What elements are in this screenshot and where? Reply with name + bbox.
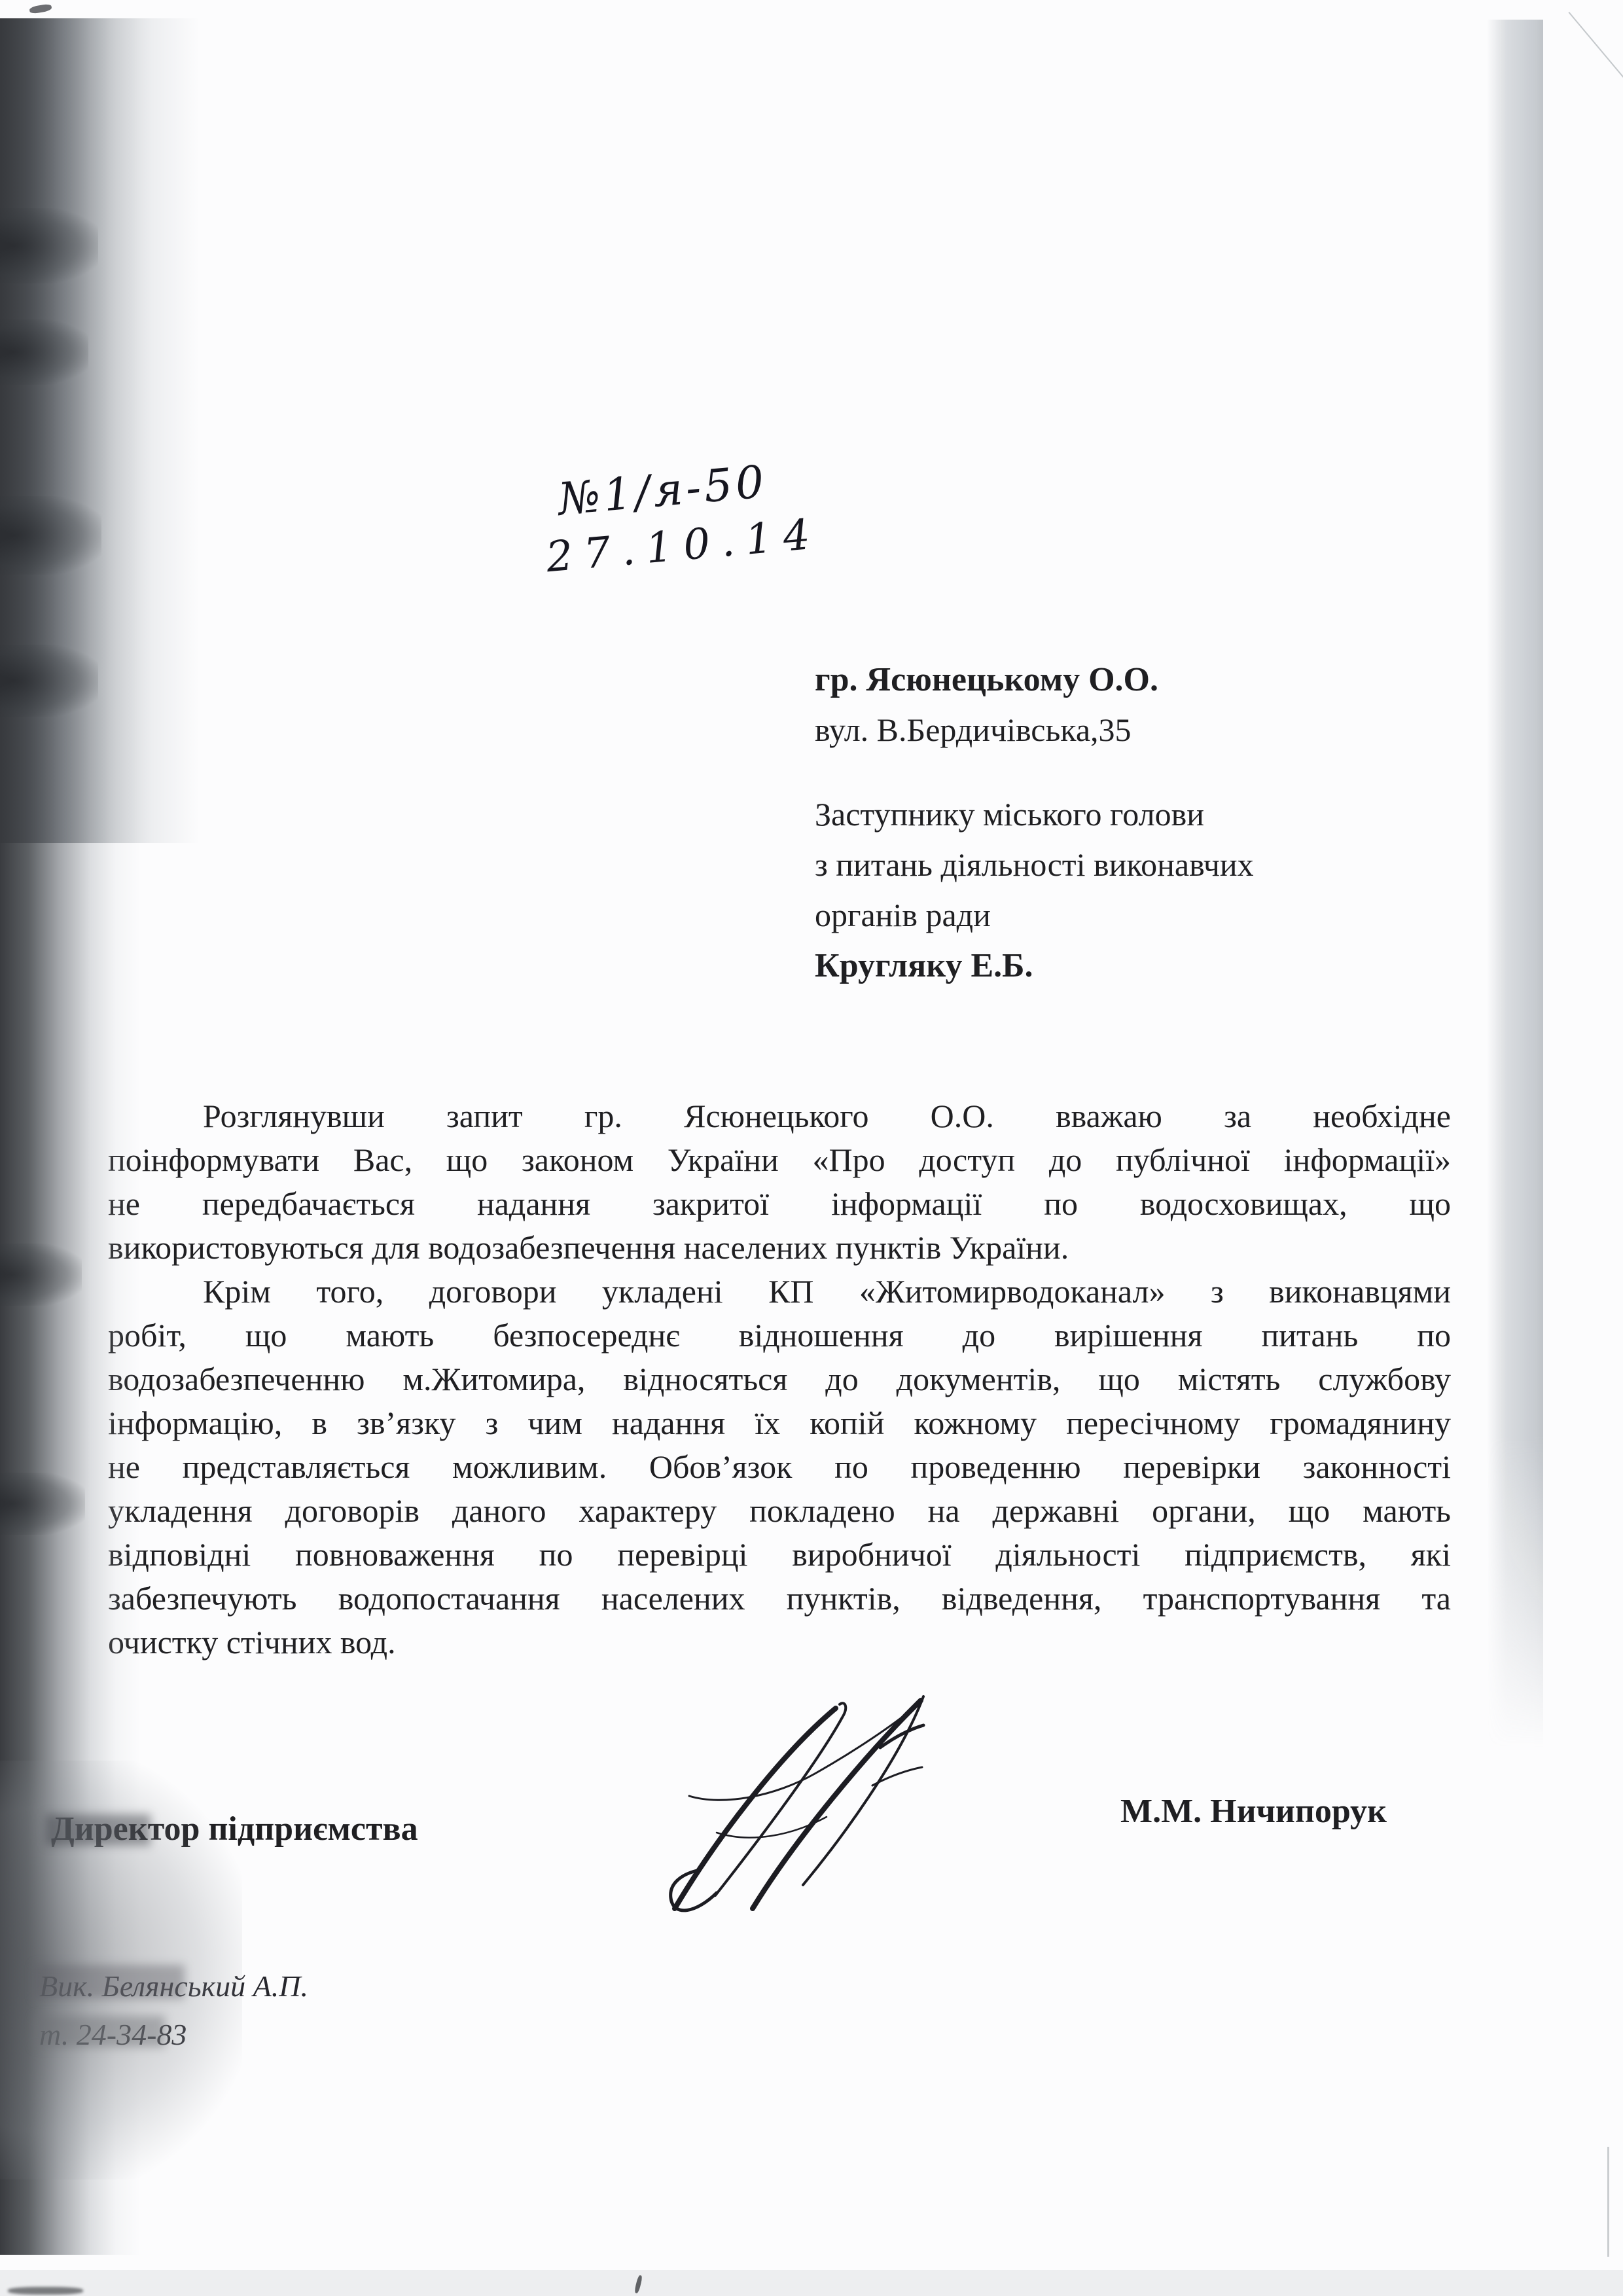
signatory-title: Директор підприємства — [51, 1810, 418, 1848]
executor-block: Вик. Белянський А.П. т. 24-34-83 — [39, 1962, 308, 2059]
signatory-name: М.М. Ничипорук — [1120, 1792, 1387, 1831]
addressee-gap — [815, 755, 1254, 789]
body-line: відповідні повноваження по перевірці вир… — [108, 1533, 1451, 1577]
body-line: використовуються для водозабезпечення на… — [108, 1226, 1451, 1270]
body-line: очистку стічних вод. — [108, 1621, 1451, 1664]
body-line: поінформувати Вас, що законом України «П… — [108, 1138, 1451, 1182]
body-line: забезпечують водопостачання населених пу… — [108, 1577, 1451, 1621]
scanned-letter-page: №1/я-50 27.10.14 гр. Ясюнецькому О.О. ву… — [0, 0, 1623, 2296]
body-line: укладення договорів даного характеру пок… — [108, 1489, 1451, 1533]
executor-phone: т. 24-34-83 — [39, 2011, 308, 2059]
handwritten-signature — [618, 1668, 959, 1943]
letter-body: Розглянувши запит гр. Ясюнецького О.О. в… — [108, 1094, 1451, 1664]
addressee-position-line: Заступнику міського голови — [815, 789, 1254, 840]
body-line: робіт, що мають безпосереднє відношення … — [108, 1314, 1451, 1357]
body-line: не передбачається надання закритої інфор… — [108, 1182, 1451, 1226]
addressee-address: вул. В.Бердичівська,35 — [815, 705, 1254, 755]
body-line: Розглянувши запит гр. Ясюнецького О.О. в… — [108, 1094, 1451, 1138]
addressee-block: гр. Ясюнецькому О.О. вул. В.Бердичівська… — [815, 655, 1254, 991]
addressee-name: гр. Ясюнецькому О.О. — [815, 655, 1254, 705]
addressee-position-line: органів ради — [815, 890, 1254, 941]
body-line: Крім того, договори укладені КП «Житомир… — [108, 1270, 1451, 1314]
addressee-position-line: з питань діяльності виконавчих — [815, 840, 1254, 890]
handwritten-registration-block: №1/я-50 27.10.14 — [556, 450, 840, 581]
executor-name: Вик. Белянський А.П. — [39, 1962, 308, 2011]
body-line: не представляється можливим. Обов’язок п… — [108, 1445, 1451, 1489]
body-line: водозабезпеченню м.Житомира, відносяться… — [108, 1357, 1451, 1401]
body-line: інформацію, в зв’язку з чим надання їх к… — [108, 1401, 1451, 1445]
addressee-official-name: Кругляку Е.Б. — [815, 941, 1254, 991]
